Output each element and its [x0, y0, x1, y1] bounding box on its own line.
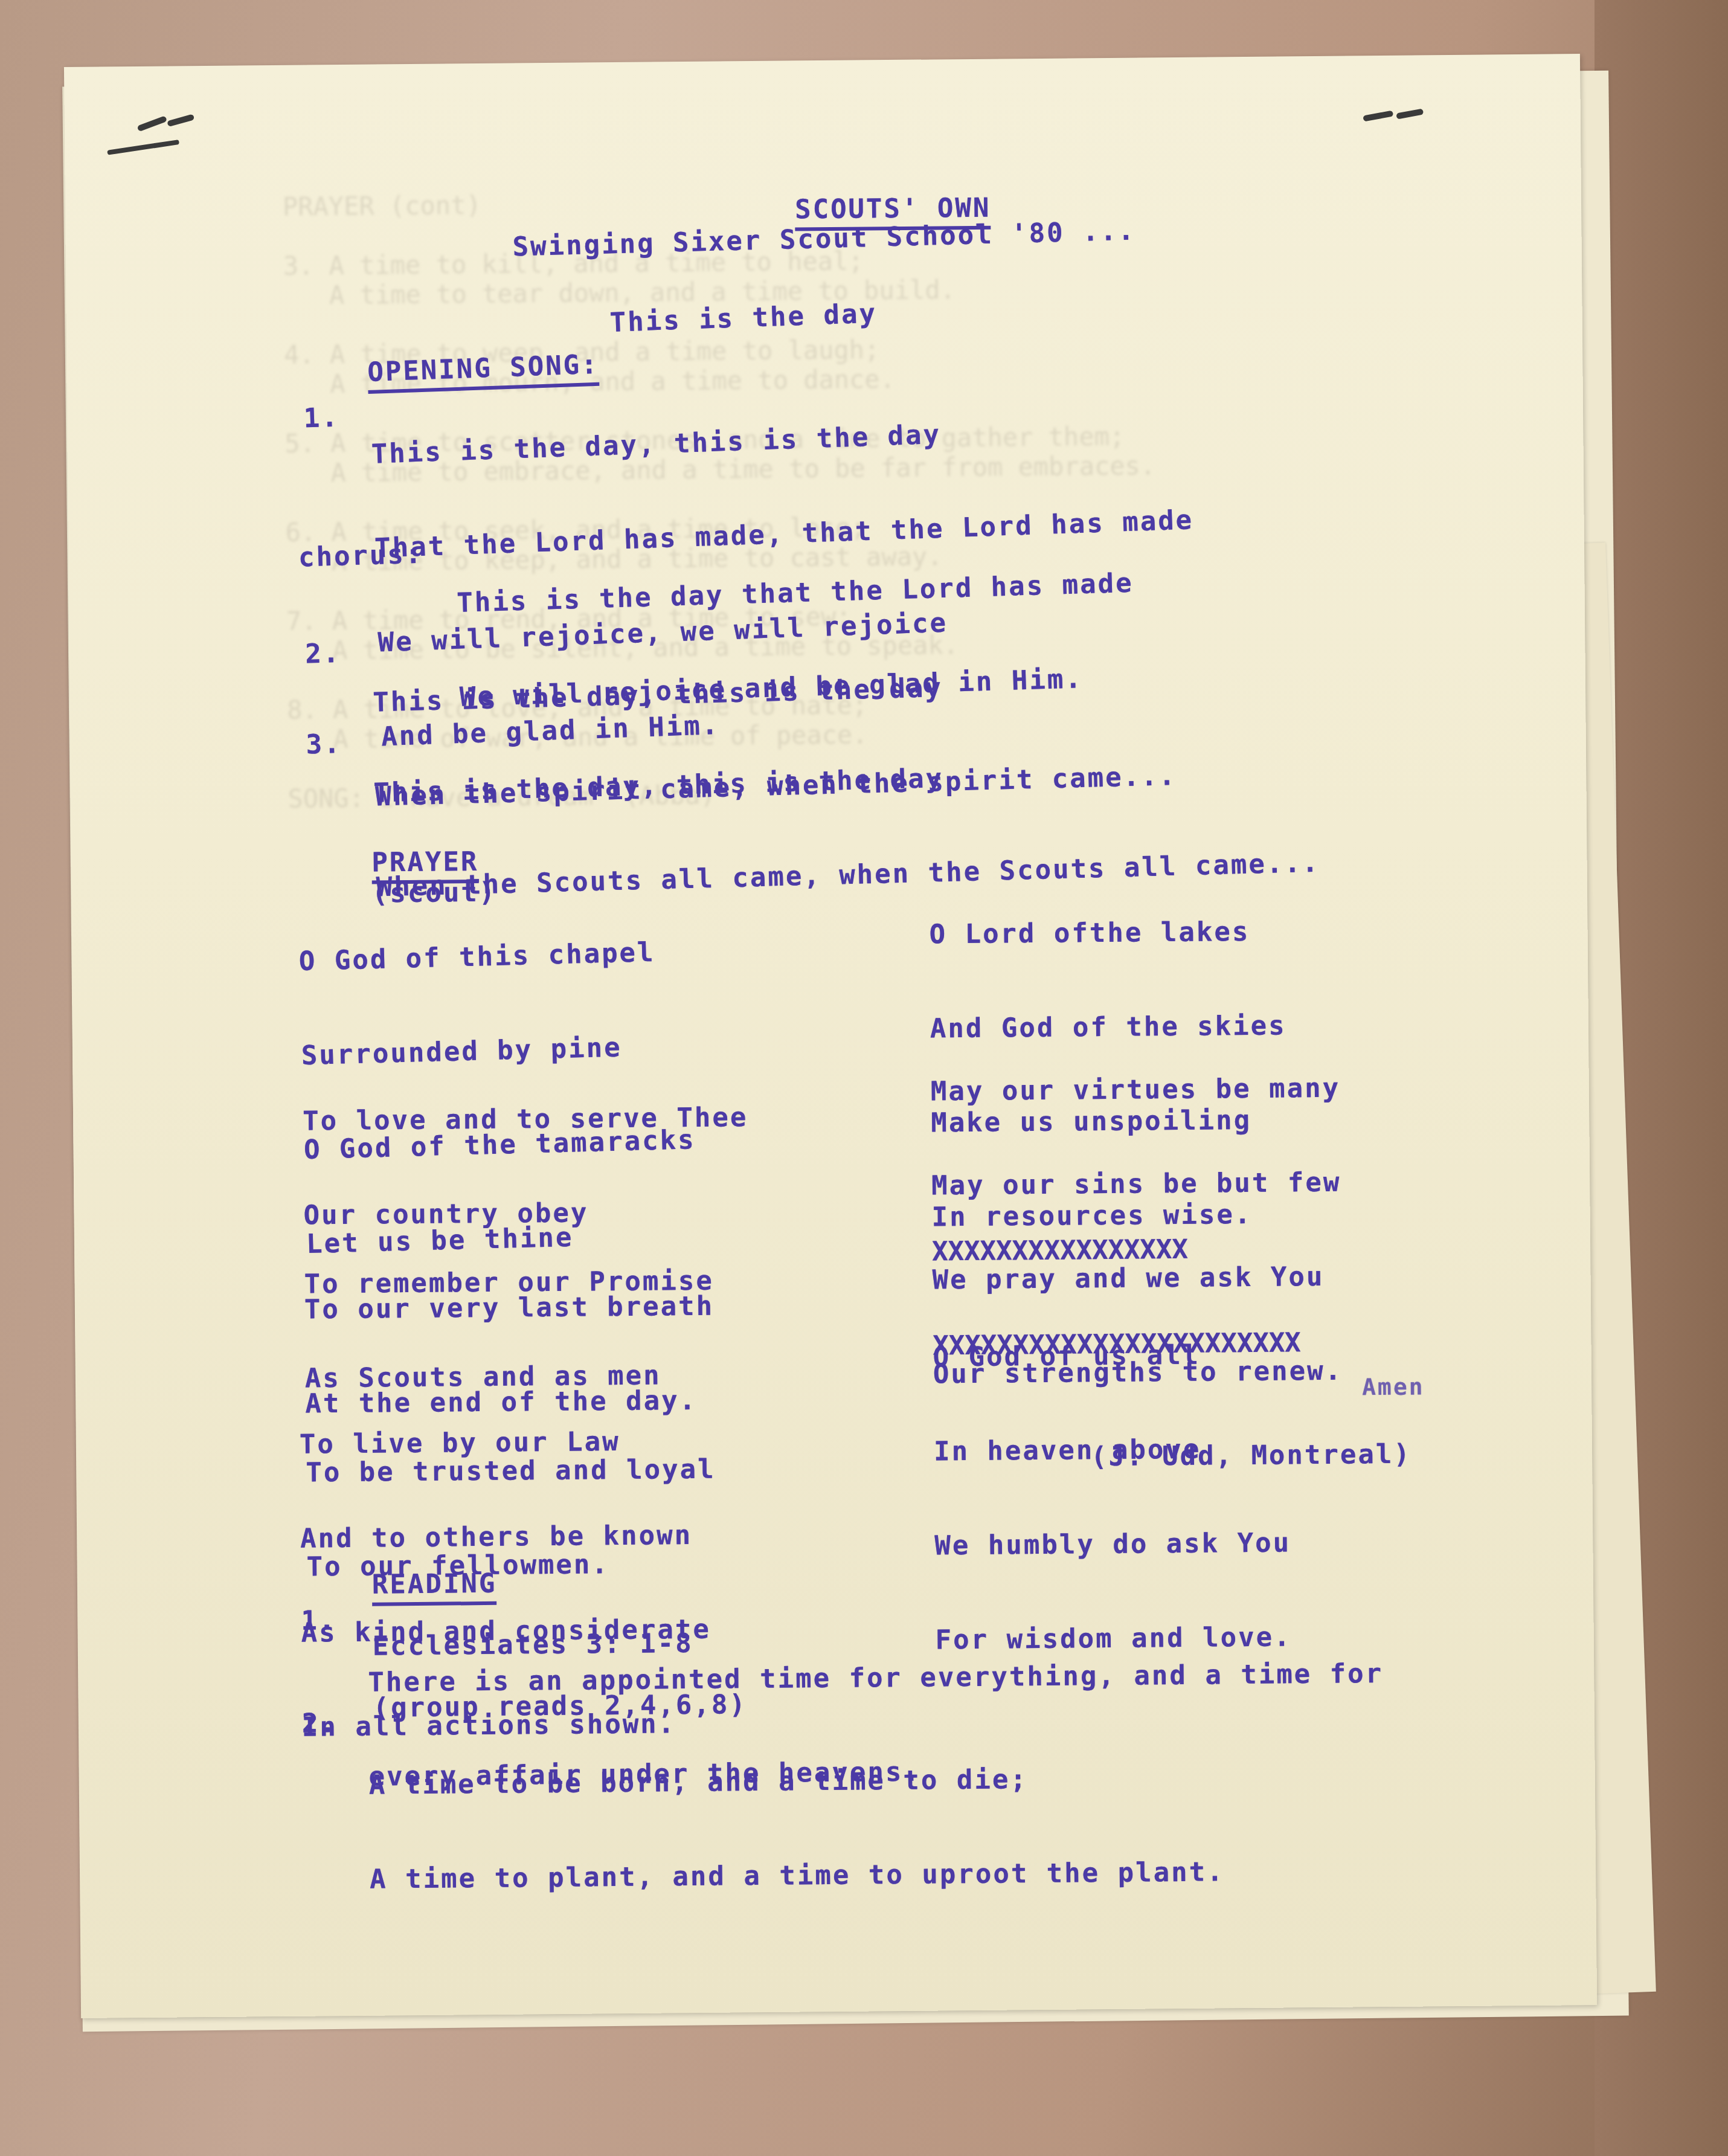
reading-line: There is an appointed time for everythin…: [368, 1658, 1383, 1699]
document-page: PRAYER (cont) 3. A time to kill, and a t…: [64, 54, 1597, 2018]
verse-number: 2.: [302, 1708, 338, 1739]
prayer-line: To live by our Law: [300, 1425, 710, 1461]
staple-mark-left: [107, 140, 179, 155]
amen-text: Amen: [1362, 1373, 1425, 1400]
verse-number: 1.: [301, 1605, 336, 1636]
struck-line: XXXXXXXXXXXXXXXX: [932, 1232, 1300, 1268]
prayer-line: To remember our Promise: [304, 1265, 714, 1301]
prayer-line: We humbly do ask You: [934, 1527, 1291, 1562]
reading-line: A time to be born, and a time to die;: [369, 1762, 1224, 1801]
prayer-line: To love and to serve Thee: [303, 1101, 748, 1138]
prayer-line: O God of this chapel: [298, 935, 691, 978]
verse-number: 3.: [306, 729, 342, 761]
prayer-attribution: (J. Udd, Montreal): [1091, 1439, 1412, 1473]
verse-number: 1.: [303, 402, 340, 434]
prayer-line: May our virtues be many: [931, 1072, 1341, 1109]
staple-mark-right-2: [1396, 109, 1424, 120]
staple-mark-left-top-2: [167, 114, 194, 127]
verse-line: This is the day, this is the day: [373, 753, 1318, 810]
staple-mark-right: [1363, 111, 1393, 122]
reading-line: A time to plant, and a time to uproot th…: [370, 1856, 1225, 1896]
staple-mark-left-top: [137, 115, 167, 132]
prayer-right-column: O Lord ofthe lakes And God of the skies …: [928, 852, 1538, 1522]
verse-line: This is the day, this is the day: [371, 410, 1191, 471]
prayer-line: O God of us all: [933, 1338, 1289, 1374]
prayer-line: O Lord ofthe lakes: [929, 915, 1285, 951]
chorus-label: chorus:: [298, 539, 423, 573]
prayer-left-column: O God of this chapel Surrounded by pine …: [301, 877, 790, 1545]
verse-number: 2.: [305, 638, 341, 670]
